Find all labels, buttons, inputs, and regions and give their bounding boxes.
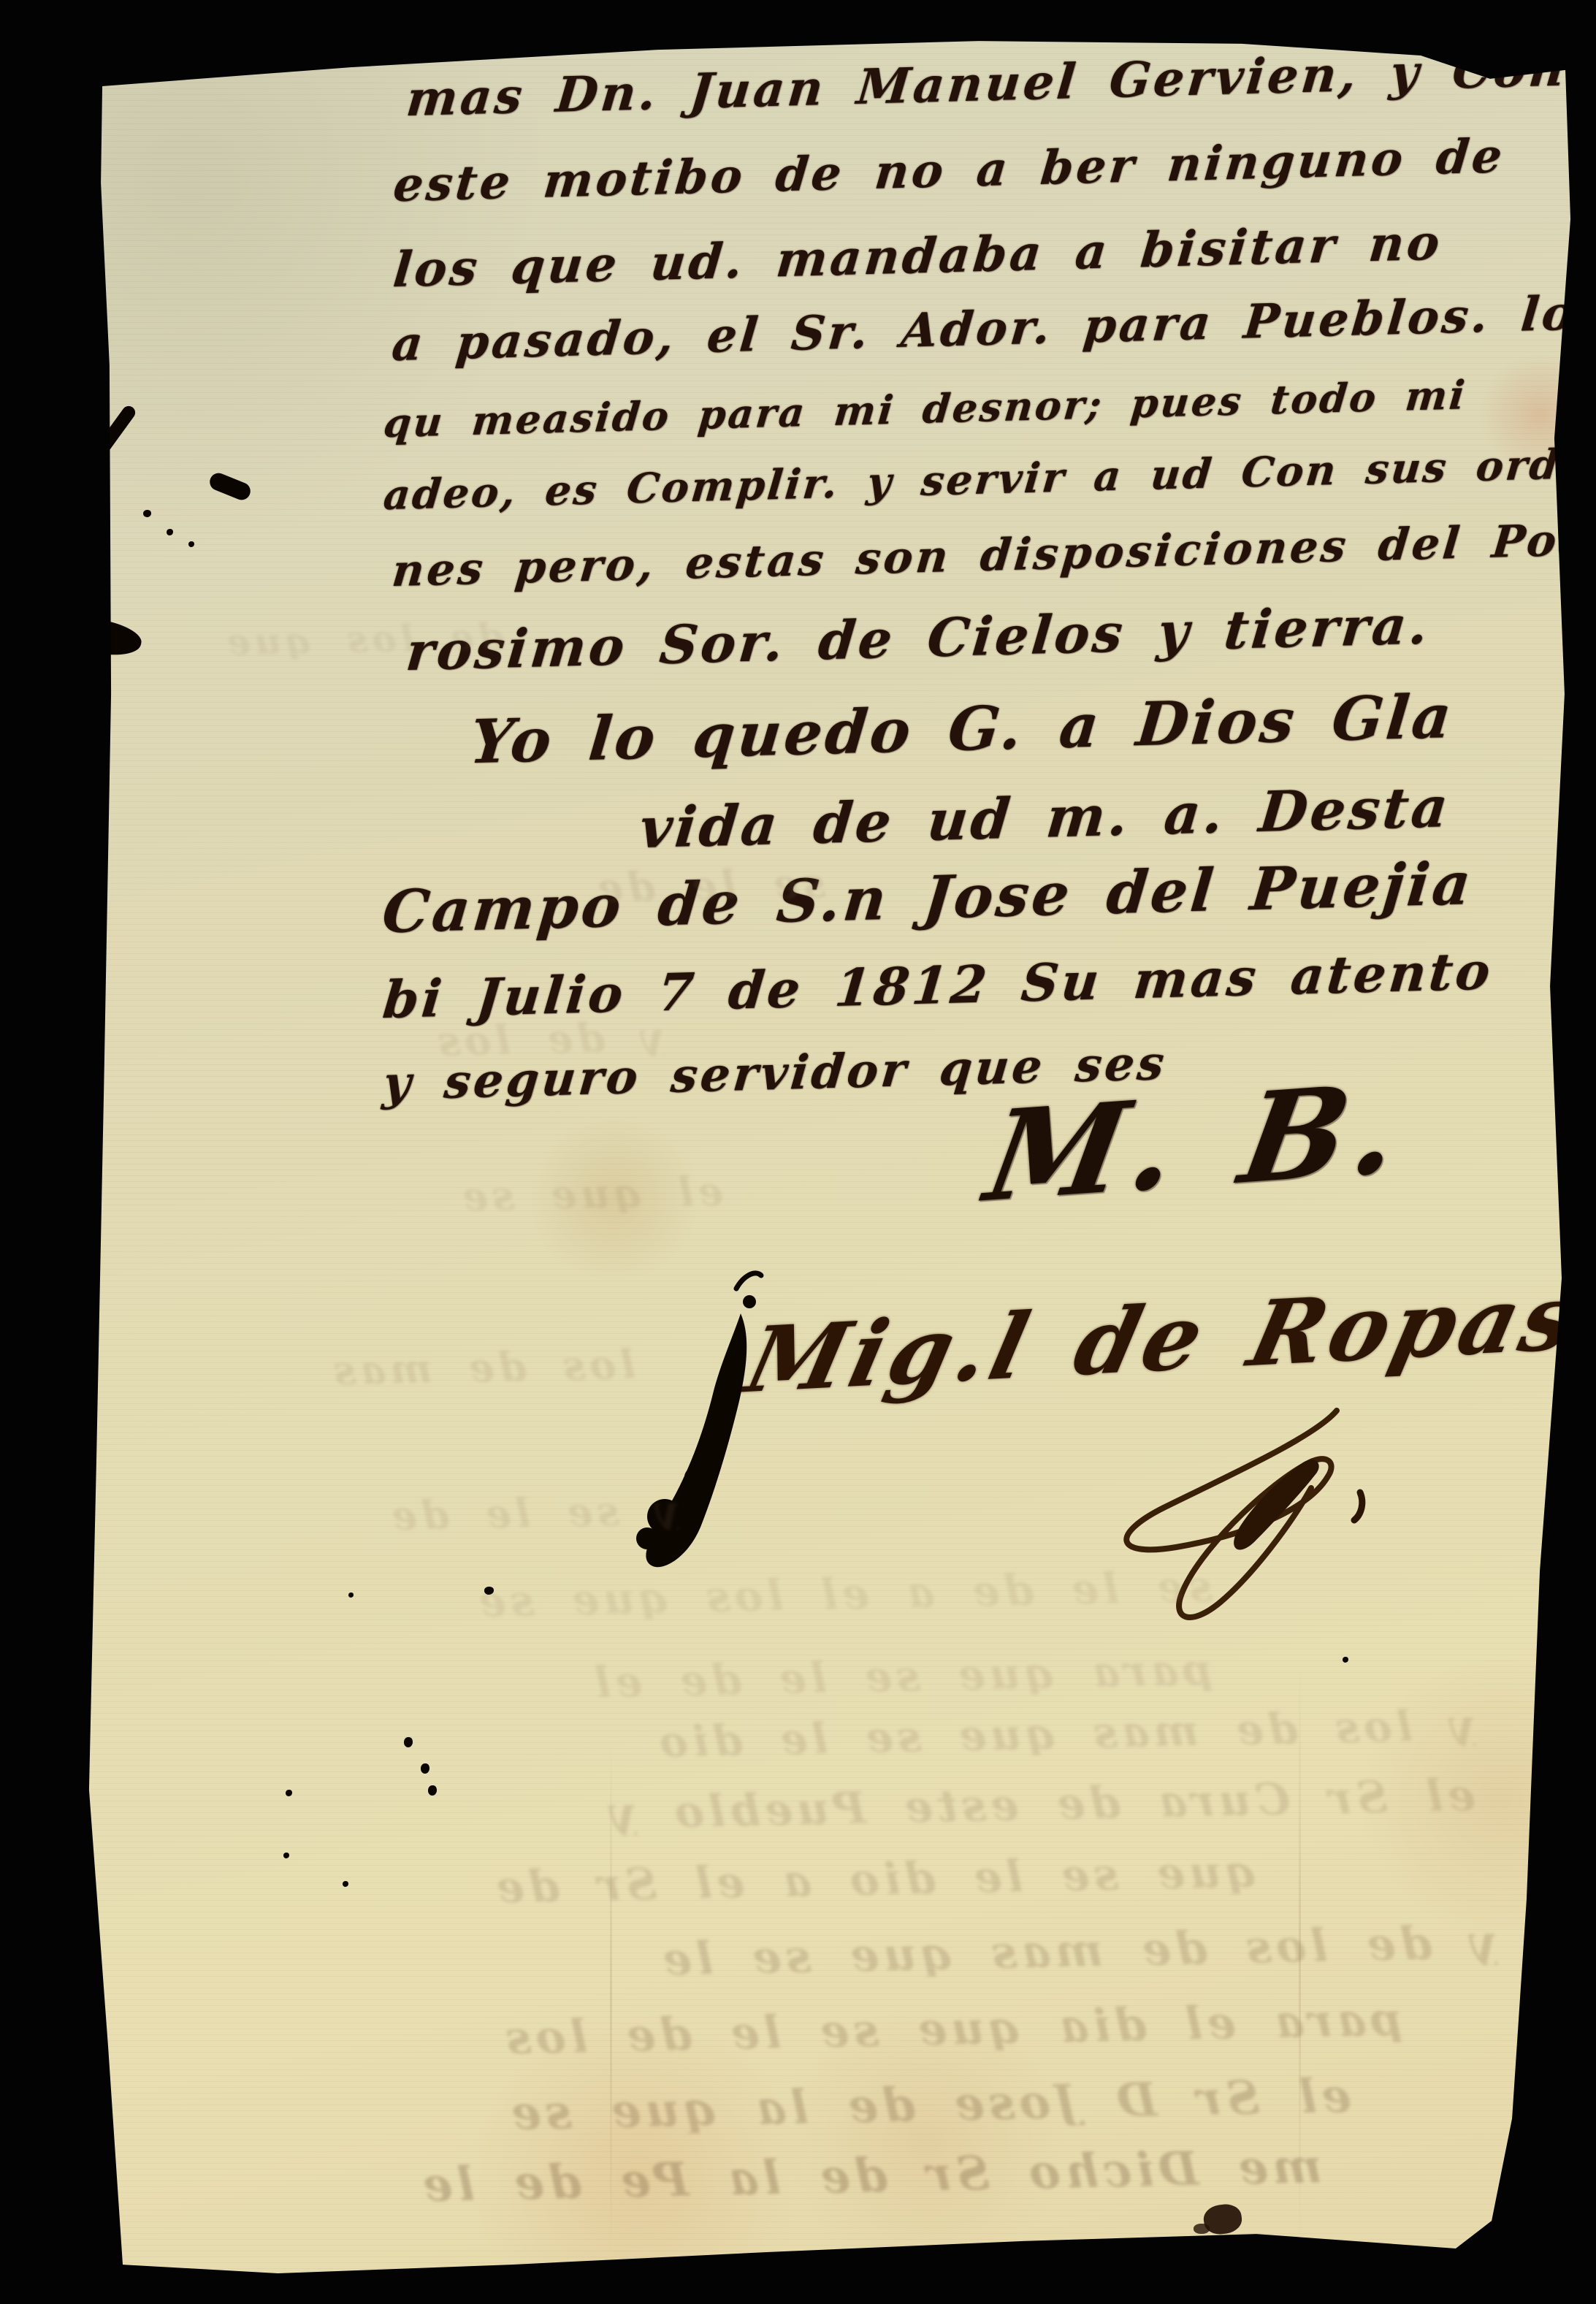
closing-monogram: M. B. <box>979 1065 1416 1218</box>
ink-spatter <box>42 648 96 675</box>
letter-paper: mas Dn. Juan Manuel Gervien, y Con este … <box>0 0 1596 2304</box>
manuscript-scan: mas Dn. Juan Manuel Gervien, y Con este … <box>0 0 1596 2304</box>
ink-smudge <box>1194 2224 1210 2234</box>
signature-rubric-flourish <box>1096 1406 1388 1655</box>
